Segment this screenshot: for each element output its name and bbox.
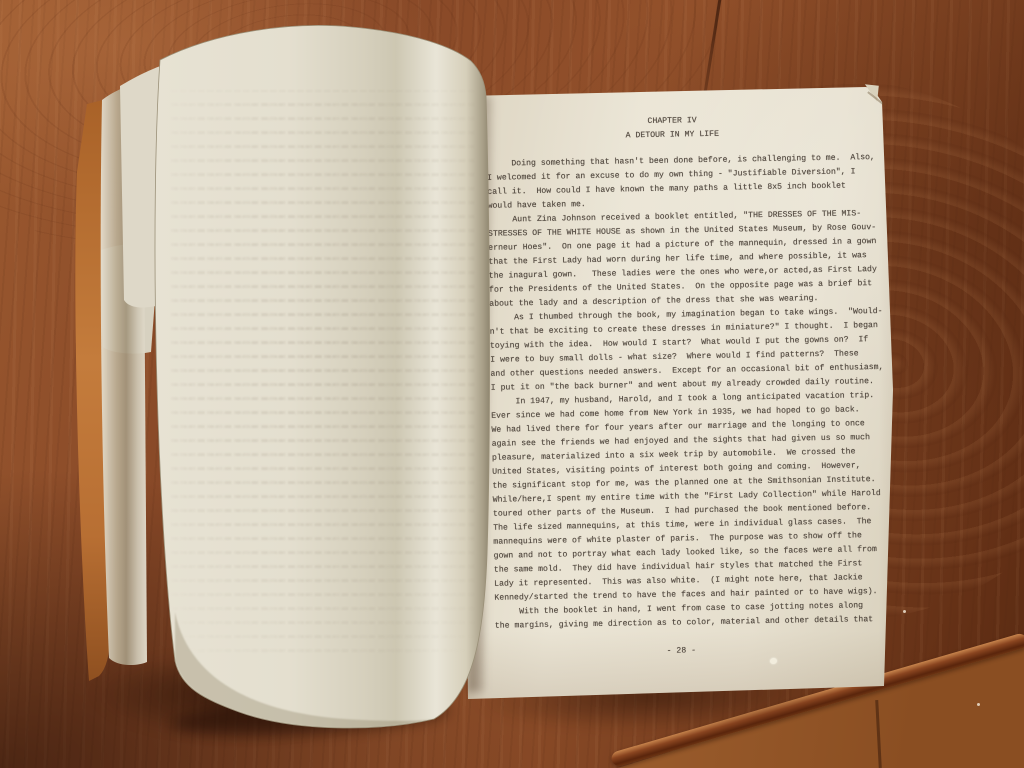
typed-text-block: CHAPTER IV A DETOUR IN MY LIFE Doing som… — [476, 111, 885, 662]
page-number: - 28 - — [485, 641, 877, 662]
typed-page: CHAPTER IV A DETOUR IN MY LIFE Doing som… — [450, 82, 906, 706]
wood-speck — [903, 610, 906, 613]
typed-body: Doing something that hasn't been done be… — [477, 151, 885, 634]
photo-scene: CHAPTER IV A DETOUR IN MY LIFE Doing som… — [0, 0, 1024, 768]
wood-speck — [977, 703, 980, 706]
